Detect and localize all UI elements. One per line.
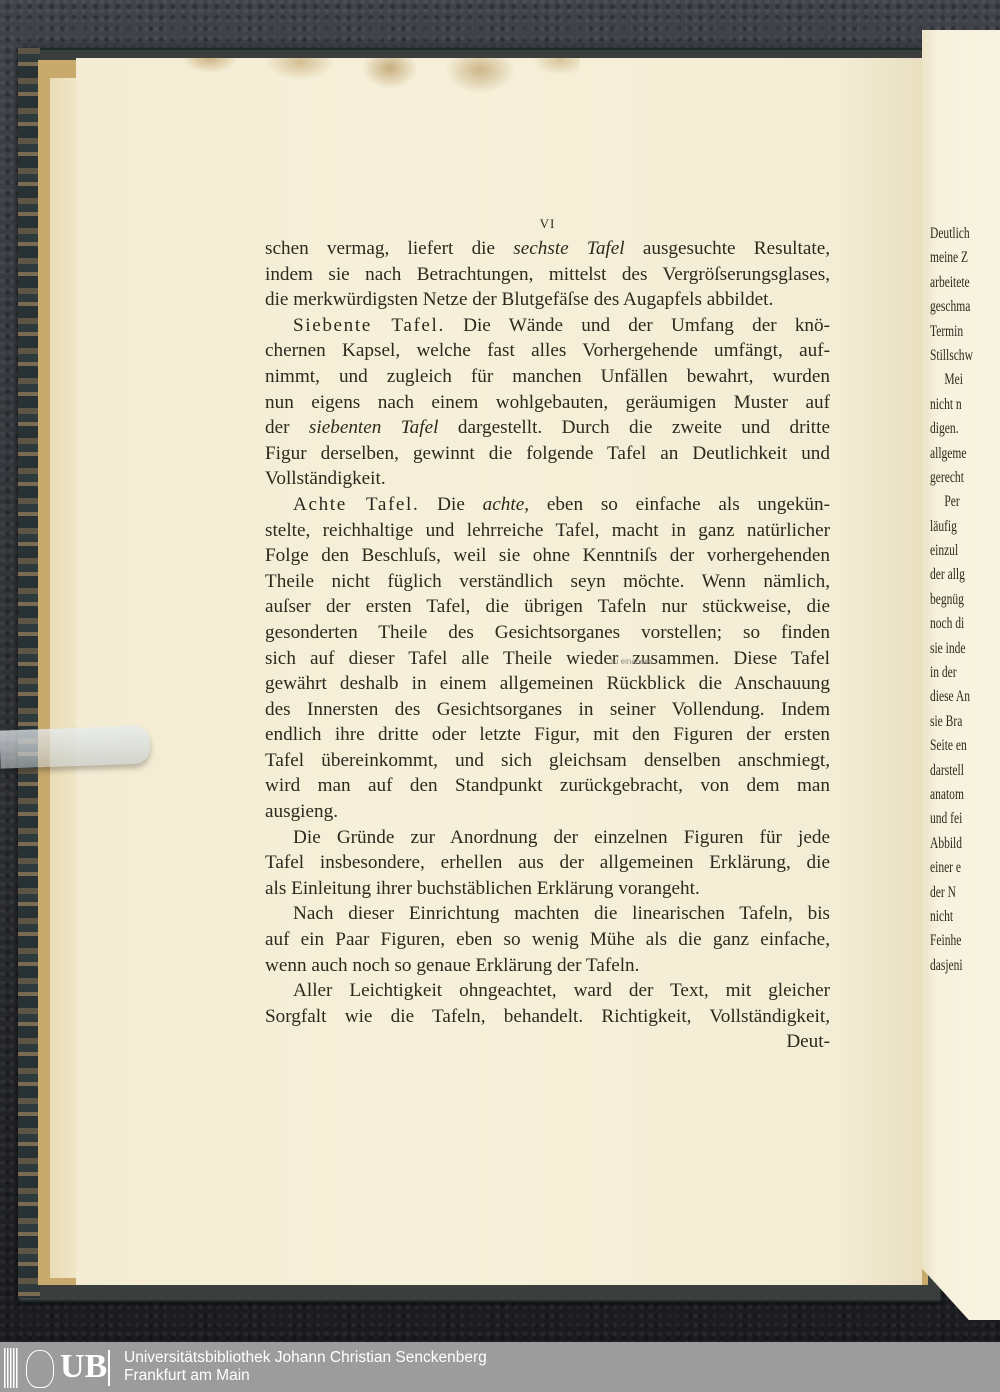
text-line: auf ein Paar Figuren, eben so wenig Mühe… [265,927,830,953]
fragment-line: geschma [930,295,980,319]
fragment-line: begnüg [930,588,980,612]
text-line: Nach dieser Einrichtung machten die line… [265,901,830,927]
fragment-line: digen. [930,417,980,441]
fragment-line: Abbild [930,832,980,856]
fragment-line: Feinhe [930,929,980,953]
page-number: VI [265,216,830,232]
marbled-cover-edge [18,48,40,1298]
text-line: wird man auf den Standpunkt zurückgebrac… [265,773,830,799]
fragment-line: nicht n [930,393,980,417]
text-run: , eben so einfache als ungekün- [524,494,830,515]
fragment-line: und fei [930,807,980,831]
text-run: der [265,417,309,438]
fragment-line: anatom [930,783,980,807]
fragment-line: einzul [930,539,980,563]
fragment-line: diese An [930,685,980,709]
text-line: endlich ihre dritte oder letzte Figur, m… [265,722,830,748]
fragment-line: Seite en [930,734,980,758]
library-building-icon [4,1348,18,1388]
text-line: Vollständigkeit. [265,466,830,492]
text-line: Folge den Beschluſs, weil sie ohne Kennt… [265,543,830,569]
text-line: auſser der ersten Tafel, die übrigen Taf… [265,594,830,620]
fragment-line: Stillschw [930,344,980,368]
library-name: Universitätsbibliothek Johann Christian … [124,1349,487,1367]
fragment-line: Termin [930,320,980,344]
fragment-line: dasjeni [930,954,980,978]
text-line: indem sie nach Betrachtungen, mittelst d… [265,262,830,288]
fragment-line: gerecht [930,466,980,490]
fragment-line: sie Bra [930,710,980,734]
text-line: stelte, reichhaltige und lehrreiche Tafe… [265,518,830,544]
fragment-line: einer e [930,856,980,880]
section-heading: Achte Tafel. [293,494,419,515]
text-run: Die [419,494,482,515]
page-body-text: VI schen vermag, liefert die sechste Taf… [265,216,830,1055]
section-heading: Siebente Tafel. [293,315,445,336]
text-line: Die Gründe zur Anordnung der einzelnen F… [265,825,830,851]
text-run: schen vermag, liefert die [265,238,513,259]
ub-logo: UB [60,1346,107,1388]
fragment-line: allgeme [930,442,980,466]
text-line: Tafel insbesondere, erhellen aus der all… [265,850,830,876]
text-line: als Einleitung ihrer buchstäblichen Erkl… [265,876,830,902]
fragment-line: läufig [930,515,980,539]
text-line: sich auf dieser Tafel alle Theile wieder… [265,646,830,672]
section-heading-line: Achte Tafel. Die achte, eben so einfache… [265,492,830,518]
fragment-line: in der [930,661,980,685]
text-line: chernen Kapsel, welche fast alles Vorher… [265,338,830,364]
text-run: dargestellt. Durch die zweite und dritte [438,417,830,438]
fragment-line: arbeitete [930,271,980,295]
fragment-line: noch di [930,612,980,636]
italic-run: siebenten Tafel [309,417,439,438]
text-line: der siebenten Tafel dargestellt. Durch d… [265,415,830,441]
text-line: gewährt deshalb in einem allgemeinen Rüc… [265,671,830,697]
text-line: schen vermag, liefert die sechste Tafel … [265,236,830,262]
text-line: Theile nicht füglich verständlich seyn m… [265,569,830,595]
text-line: Sorgfalt wie die Tafeln, behandelt. Rich… [265,1004,830,1030]
text-line: wenn auch noch so genaue Erklärung der T… [265,953,830,979]
fragment-line: Per [930,490,980,514]
text-line: nimmt, und zugleich für manchen Unfällen… [265,364,830,390]
fragment-line: Deutlich [930,222,980,246]
italic-run: achte [483,494,525,515]
fragment-line: meine Z [930,246,980,270]
library-city: Frankfurt am Main [124,1367,250,1385]
fragment-line: Mei [930,368,980,392]
text-line: ausgieng. [265,799,830,825]
section-heading-line: Siebente Tafel. Die Wände und der Umfang… [265,313,830,339]
right-page-text-fragments: Deutlich meine Z arbeitete geschma Termi… [930,222,1000,978]
senckenberg-portrait-icon [26,1350,54,1388]
text-line: des Innersten des Gesichtsorganes in sei… [265,697,830,723]
fragment-line: der allg [930,563,980,587]
text-line: gesonderten Theile des Gesichtsorganes v… [265,620,830,646]
text-run: Die Wände und der Umfang der knö- [445,315,830,336]
fragment-line: nicht [930,905,980,929]
fragment-line: sie inde [930,637,980,661]
catchword: Deut- [265,1029,830,1055]
text-line: Figur derselben, gewinnt die folgende Ta… [265,441,830,467]
logo-divider [108,1350,110,1386]
handwritten-annotation: zu einander [610,657,652,666]
water-stain [160,58,580,108]
text-line: die merkwürdigsten Netze der Blutgefäſse… [265,287,830,313]
fragment-line: darstell [930,759,980,783]
italic-run: sechste Tafel [513,238,624,259]
fragment-line: der N [930,881,980,905]
page-weight-clip [0,725,151,768]
text-run: ausgesuchte Resultate, [625,238,830,259]
text-line: Tafel übereinkommt, und sich gleichsam d… [265,748,830,774]
text-line: nun eigens nach einem wohlgebauten, gerä… [265,390,830,416]
text-line: Aller Leichtigkeit ohngeachtet, ward der… [265,978,830,1004]
